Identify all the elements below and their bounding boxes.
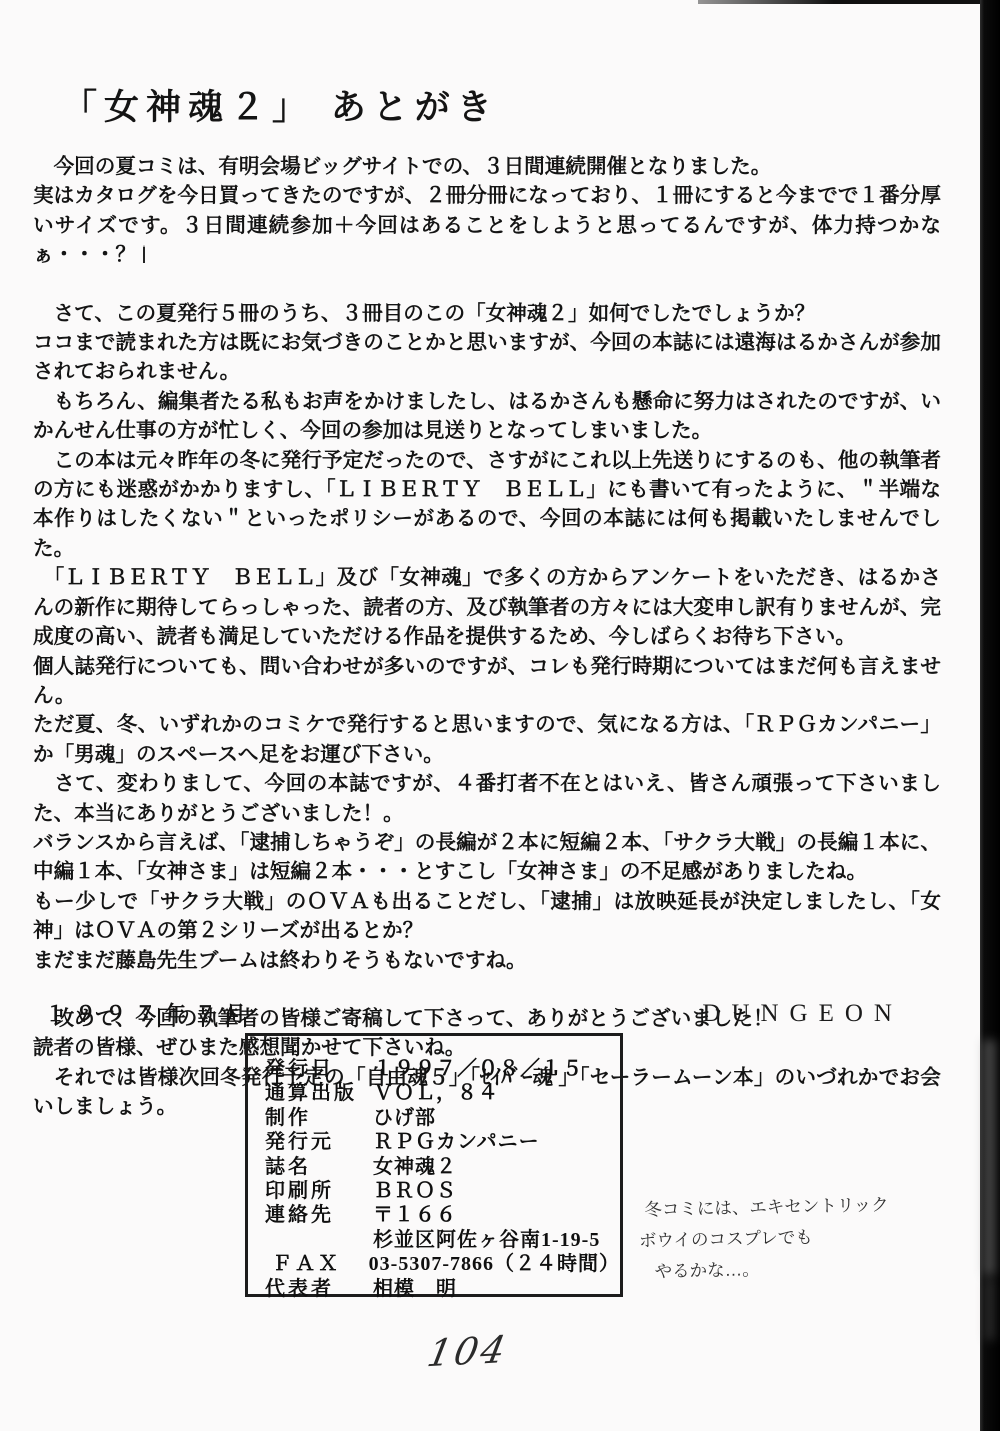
paragraph-text: 今回の夏コミは、有明会場ビッグサイトでの、３日間連続開催となりました。 実はカタ… xyxy=(33,155,941,266)
afterword-body: 今回の夏コミは、有明会場ビッグサイトでの、３日間連続開催となりました。 実はカタ… xyxy=(33,152,941,1122)
author-signature: DUNGEON xyxy=(702,1000,903,1028)
colophon-row: 発行元 ＲＰＧカンパニー xyxy=(265,1125,620,1149)
colophon-row: 制作 ひげ部 xyxy=(265,1101,620,1125)
colophon-row: 印刷所 ＢＲＯＳ xyxy=(265,1174,620,1198)
paragraph-text: さて、この夏発行５冊のうち、３冊目のこの「女神魂２」如何でしたでしょうか？ ココ… xyxy=(33,302,941,972)
handwritten-note-line: やるかな…。 xyxy=(654,1251,890,1287)
afterword-paragraph: さて、この夏発行５冊のうち、３冊目のこの「女神魂２」如何でしたでしょうか？ ココ… xyxy=(33,299,941,975)
colophon-row: ＦＡＸ 03-5307-7866（２４時間） xyxy=(265,1247,620,1271)
colophon-row: 通算出版 ＶＯＬ，８４ xyxy=(265,1076,620,1100)
publication-date: １９９７年７月 xyxy=(45,998,255,1028)
scan-band-ghost-artifact xyxy=(985,1278,995,1340)
page-title: 「女神魂２」 あとがき xyxy=(62,80,499,130)
scan-speck-artifact xyxy=(143,247,145,263)
colophon-row: 誌名 女神魂２ xyxy=(265,1150,620,1174)
handwritten-note: 冬コミには、エキセントリック ボウイのコスプレでも やるかな…。 xyxy=(644,1189,890,1287)
handwritten-note-line: 冬コミには、エキセントリック xyxy=(644,1189,889,1225)
scanned-afterword-page: 「女神魂２」 あとがき 今回の夏コミは、有明会場ビッグサイトでの、３日間連続開催… xyxy=(0,0,1000,1431)
colophon-row: 代表者 相模 明 xyxy=(265,1272,620,1296)
colophon-row: 発行日 １９９７／０８／１５ xyxy=(265,1052,620,1076)
colophon-label: 連絡先 xyxy=(265,1198,373,1227)
scan-band-ghost-artifact xyxy=(983,1040,996,1275)
date-signature-row: １９９７年７月 DUNGEON xyxy=(45,998,903,1028)
scan-edge-line-artifact xyxy=(698,0,1000,4)
colophon-table: 発行日 １９９７／０８／１５ 通算出版 ＶＯＬ，８４ 制作 ひげ部 発行元 ＲＰ… xyxy=(245,1033,623,1297)
colophon-row: 連絡先 〒１６６ xyxy=(265,1198,620,1222)
afterword-paragraph: 今回の夏コミは、有明会場ビッグサイトでの、３日間連続開催となりました。 実はカタ… xyxy=(33,152,941,270)
colophon-label: 代表者 xyxy=(265,1272,373,1301)
colophon-value: 相模 明 xyxy=(373,1272,620,1301)
page-number: 104 xyxy=(424,1328,512,1376)
